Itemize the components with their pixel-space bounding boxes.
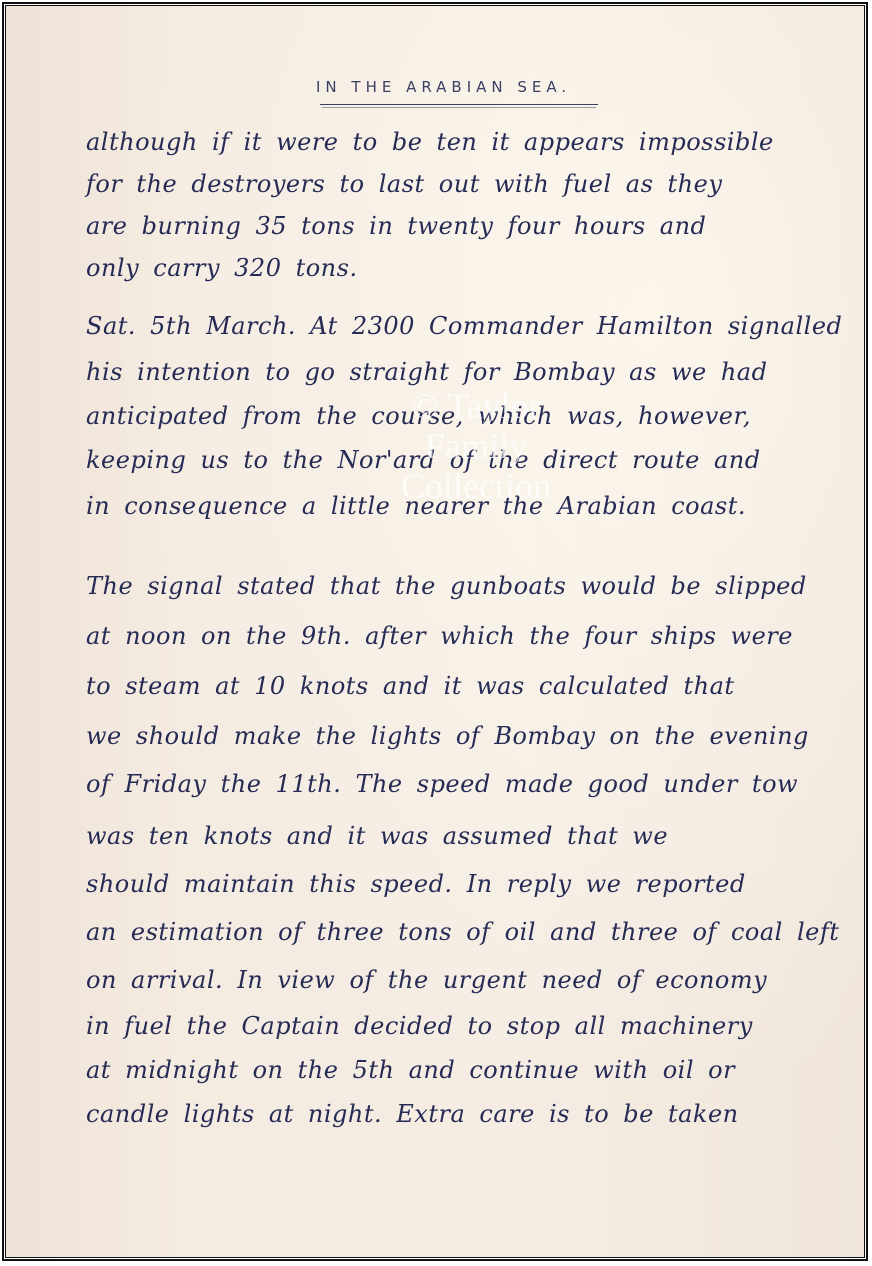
manuscript-page: IN THE ARABIAN SEA. although if it were … [5,5,865,1258]
heading-underline [320,104,598,105]
text-line: Sat. 5th March. At 2300 Commander Hamilt… [86,312,842,340]
text-line: an estimation of three tons of oil and t… [86,918,839,946]
text-line: are burning 35 tons in twenty four hours… [86,212,706,240]
text-line: at midnight on the 5th and continue with… [86,1056,735,1084]
text-line: was ten knots and it was assumed that we [86,822,668,850]
page-heading: IN THE ARABIAN SEA. [316,78,636,96]
text-line: at noon on the 9th. after which the four… [86,622,793,650]
text-line: should maintain this speed. In reply we … [86,870,746,898]
text-line: of Friday the 11th. The speed made good … [86,770,798,798]
text-line: in fuel the Captain decided to stop all … [86,1012,753,1040]
text-line: on arrival. In view of the urgent need o… [86,966,767,994]
text-line: anticipated from the course, which was, … [86,402,751,430]
text-line: candle lights at night. Extra care is to… [86,1100,739,1128]
text-line: only carry 320 tons. [86,254,358,282]
text-line: keeping us to the Nor'ard of the direct … [86,446,761,474]
text-line: for the destroyers to last out with fuel… [86,170,722,198]
page-heading-text: IN THE ARABIAN SEA. [316,78,571,96]
text-line: his intention to go straight for Bombay … [86,358,767,386]
text-line: to steam at 10 knots and it was calculat… [86,672,735,700]
text-line: in consequence a little nearer the Arabi… [86,492,746,520]
text-line: although if it were to be ten it appears… [86,128,774,156]
heading-underline-shadow [322,107,596,108]
text-line: we should make the lights of Bombay on t… [86,722,809,750]
text-line: The signal stated that the gunboats woul… [86,572,807,600]
